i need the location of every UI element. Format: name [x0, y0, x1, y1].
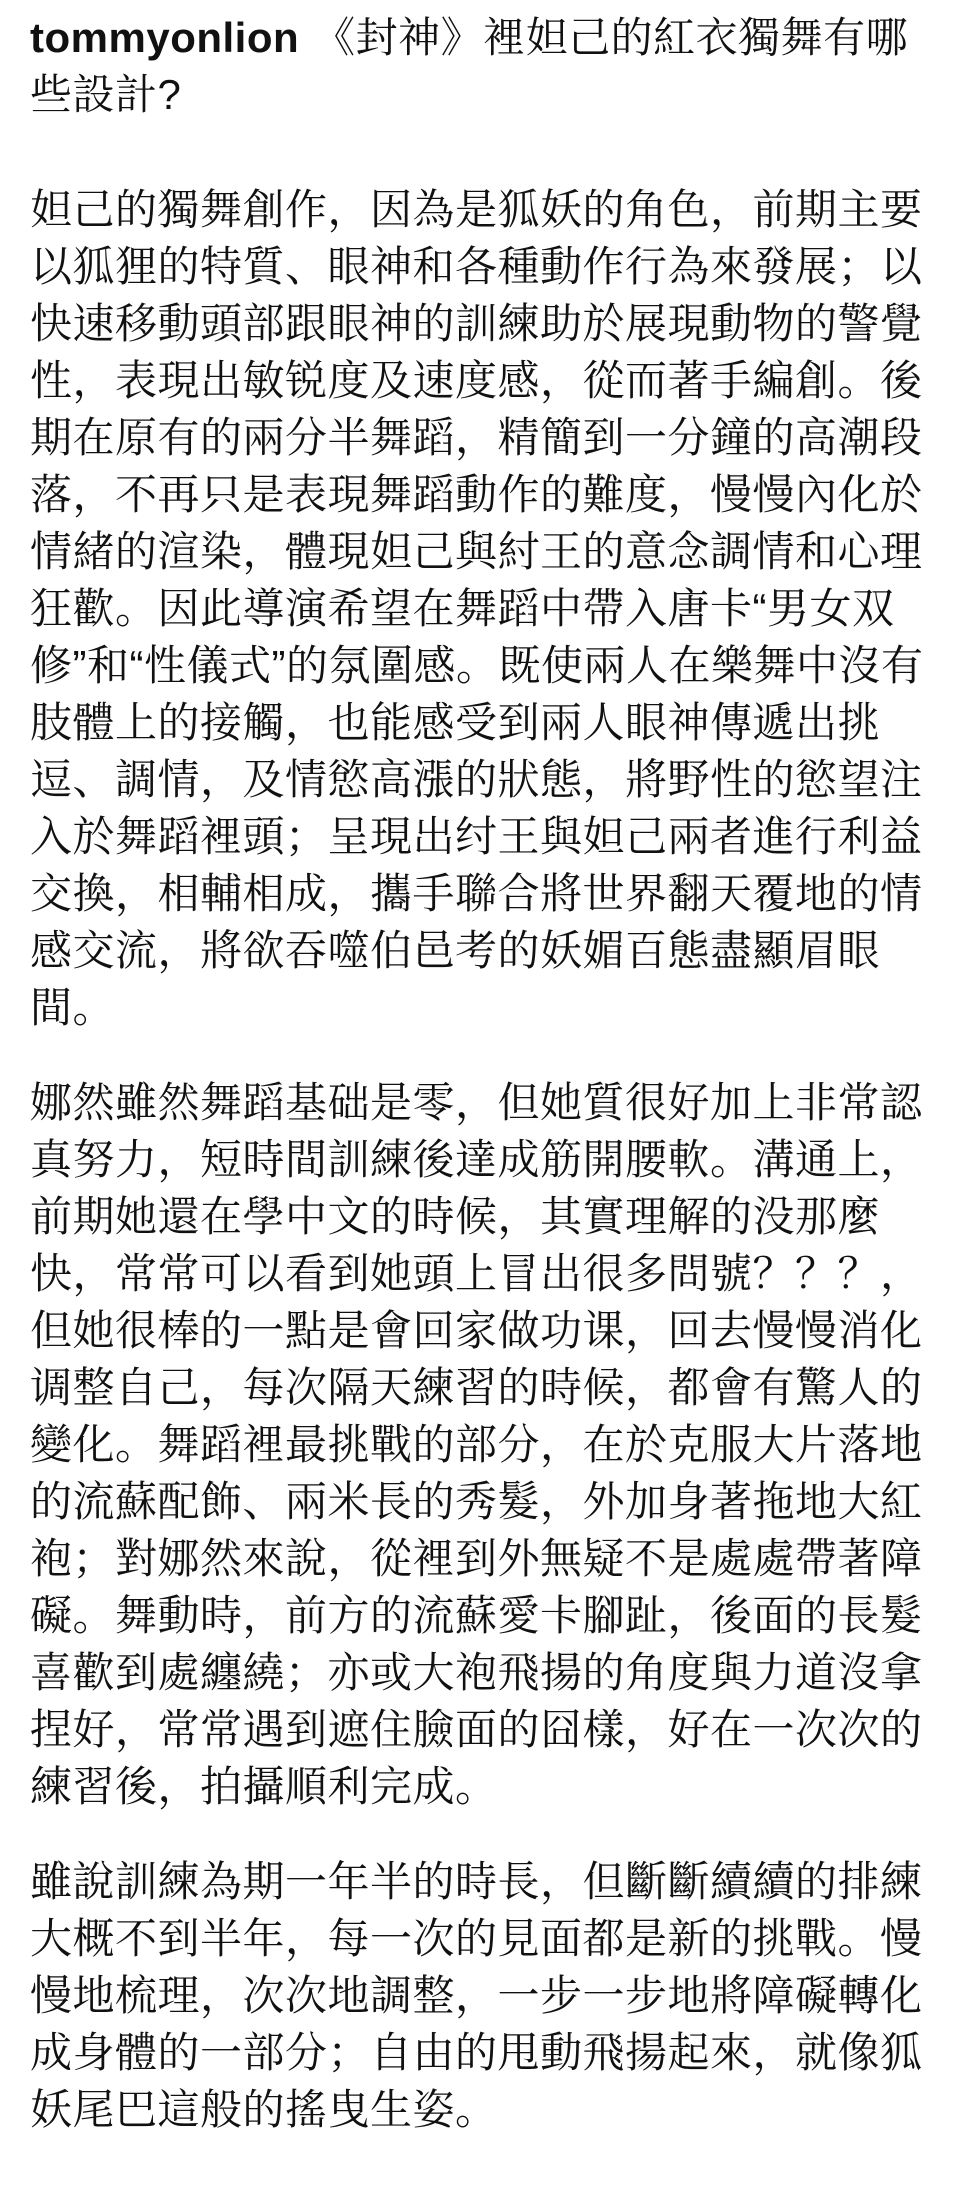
paragraph-dance-design: 妲己的獨舞創作，因為是狐妖的角色，前期主要以狐狸的特質、眼神和各種動作行為來發展…: [30, 181, 932, 1036]
paragraph-training-duration: 雖說訓練為期一年半的時長，但斷斷續續的排練大概不到半年，每一次的見面都是新的挑戰…: [30, 1853, 932, 2138]
username[interactable]: tommyonlion: [30, 14, 299, 61]
caption-header: tommyonlion《封神》裡妲己的紅衣獨舞有哪些設計?: [30, 9, 932, 123]
post-caption: tommyonlion《封神》裡妲己的紅衣獨舞有哪些設計? 妲己的獨舞創作，因為…: [0, 0, 960, 2202]
paragraph-training-challenges: 娜然雖然舞蹈基础是零，但她質很好加上非常認真努力，短時間訓練後達成筋開腰軟。溝通…: [30, 1074, 932, 1815]
